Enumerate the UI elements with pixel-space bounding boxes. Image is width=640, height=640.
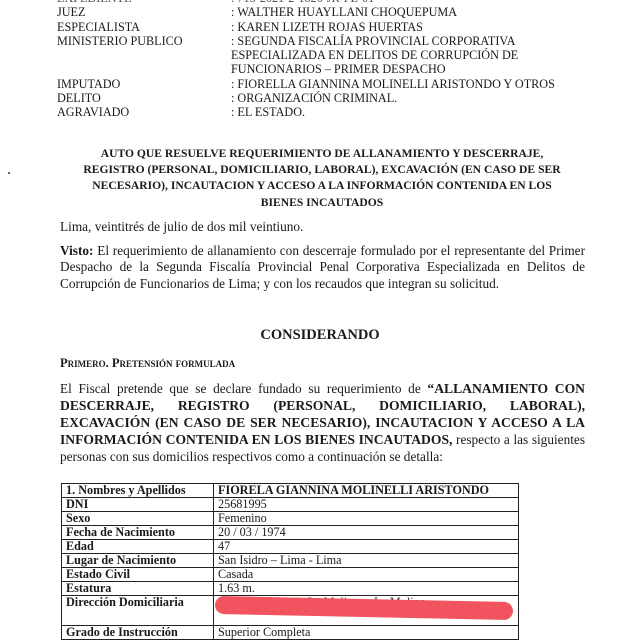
meta-value: : KAREN LIZETH ROJAS HUERTAS bbox=[231, 20, 617, 34]
title-line: REGISTRO (PERSONAL, DOMICILIARIO, LABORA… bbox=[58, 162, 586, 178]
row-value: San Isidro – Lima - Lima bbox=[214, 554, 519, 568]
considerando-heading: CONSIDERANDO bbox=[0, 327, 640, 344]
row-value: Superior Completa bbox=[214, 626, 519, 640]
meta-row-especialista: ESPECIALISTA : KAREN LIZETH ROJAS HUERTA… bbox=[57, 20, 617, 34]
meta-row-agraviado: AGRAVIADO : EL ESTADO. bbox=[57, 105, 617, 119]
meta-label: ESPECIALISTA bbox=[57, 20, 231, 34]
table-row: Lugar de Nacimiento San Isidro – Lima - … bbox=[62, 554, 519, 568]
visto-text: El requerimiento de allanamiento con des… bbox=[60, 243, 585, 291]
row-value: 1.63 m. bbox=[214, 582, 519, 596]
row-label: Estado Civil bbox=[62, 568, 214, 582]
table-row: Dirección Domiciliaria [redacted] ... Ur… bbox=[62, 596, 519, 626]
row-label: Dirección Domiciliaria bbox=[62, 596, 214, 626]
court-document-page: EXPEDIENTE : 715-2021-2-1826-JR-PE-01 JU… bbox=[0, 0, 640, 640]
scan-speck bbox=[8, 172, 10, 174]
pretension-paragraph: El Fiscal pretende que se declare fundad… bbox=[60, 380, 585, 465]
row-label: Sexo bbox=[62, 512, 214, 526]
meta-row-ministerio-publico: MINISTERIO PUBLICO : SEGUNDA FISCALÍA PR… bbox=[57, 34, 617, 77]
table-row: DNI 25681995 bbox=[62, 498, 519, 512]
table-row: 1. Nombres y Apellidos FIORELA GIANNINA … bbox=[62, 484, 519, 498]
row-label: Grado de Instrucción bbox=[62, 626, 214, 640]
row-value: Femenino bbox=[214, 512, 519, 526]
row-label: DNI bbox=[62, 498, 214, 512]
row-label: Edad bbox=[62, 540, 214, 554]
case-header: EXPEDIENTE : 715-2021-2-1826-JR-PE-01 JU… bbox=[57, 0, 617, 120]
row-label: Fecha de Nacimiento bbox=[62, 526, 214, 540]
meta-row-delito: DELITO : ORGANIZACIÓN CRIMINAL. bbox=[57, 91, 617, 105]
table-row: Grado de Instrucción Superior Completa bbox=[62, 626, 519, 640]
document-title: AUTO QUE RESUELVE REQUERIMIENTO DE ALLAN… bbox=[58, 146, 586, 211]
table-row: Sexo Femenino bbox=[62, 512, 519, 526]
title-line: AUTO QUE RESUELVE REQUERIMIENTO DE ALLAN… bbox=[58, 146, 586, 162]
table-row: Estado Civil Casada bbox=[62, 568, 519, 582]
document-date: Lima, veintitrés de julio de dos mil vei… bbox=[60, 219, 303, 235]
meta-row-imputado: IMPUTADO : FIORELLA GIANNINA MOLINELLI A… bbox=[57, 77, 617, 91]
row-value: [redacted] ... Urb. La Molina ... La Mol… bbox=[214, 596, 519, 626]
meta-value: : ORGANIZACIÓN CRIMINAL. bbox=[231, 91, 617, 105]
meta-label: MINISTERIO PUBLICO bbox=[57, 34, 231, 77]
title-line: BIENES INCAUTADOS bbox=[58, 195, 586, 211]
meta-label: IMPUTADO bbox=[57, 77, 231, 91]
row-value: 47 bbox=[214, 540, 519, 554]
meta-value: : EL ESTADO. bbox=[231, 105, 617, 119]
persona-table: 1. Nombres y Apellidos FIORELA GIANNINA … bbox=[61, 483, 519, 640]
primero-heading: Primero. Pretensión formulada bbox=[60, 356, 235, 371]
table-row: Edad 47 bbox=[62, 540, 519, 554]
meta-row-juez: JUEZ : WALTHER HUAYLLANI CHOQUEPUMA bbox=[57, 5, 617, 19]
row-value: Casada bbox=[214, 568, 519, 582]
meta-label: AGRAVIADO bbox=[57, 105, 231, 119]
visto-label: Visto: bbox=[60, 243, 93, 258]
row-label: Estatura bbox=[62, 582, 214, 596]
meta-value: : WALTHER HUAYLLANI CHOQUEPUMA bbox=[231, 5, 617, 19]
meta-label: DELITO bbox=[57, 91, 231, 105]
row-value: 20 / 03 / 1974 bbox=[214, 526, 519, 540]
meta-value: : FIORELLA GIANNINA MOLINELLI ARISTONDO … bbox=[231, 77, 617, 91]
pretension-intro: El Fiscal pretende que se declare fundad… bbox=[60, 381, 427, 396]
table-row: Fecha de Nacimiento 20 / 03 / 1974 bbox=[62, 526, 519, 540]
row-label: 1. Nombres y Apellidos bbox=[62, 484, 214, 498]
table-row: Estatura 1.63 m. bbox=[62, 582, 519, 596]
meta-label: JUEZ bbox=[57, 5, 231, 19]
row-value: 25681995 bbox=[214, 498, 519, 512]
row-value: FIORELA GIANNINA MOLINELLI ARISTONDO bbox=[214, 484, 519, 498]
title-line: NECESARIO), INCAUTACION Y ACCESO A LA IN… bbox=[58, 178, 586, 194]
row-label: Lugar de Nacimiento bbox=[62, 554, 214, 568]
redacted-address: [redacted] ... Urb. La Molina ... La Mol… bbox=[218, 596, 514, 609]
visto-paragraph: Visto: El requerimiento de allanamiento … bbox=[60, 243, 585, 292]
meta-value: : SEGUNDA FISCALÍA PROVINCIAL CORPORATIV… bbox=[231, 34, 617, 77]
